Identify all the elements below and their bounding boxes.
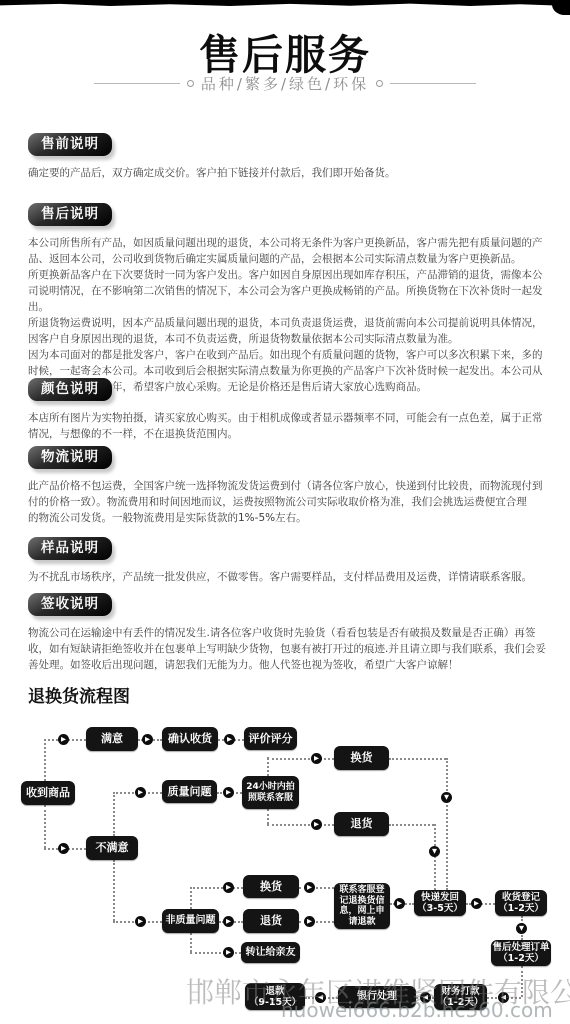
arrow-right-icon: ▶ [223, 947, 234, 958]
torn-paper-strip [0, 0, 570, 6]
section-sample: 样品说明 为不扰乱市场秩序，产品统一批发供应，不做零售。客户需要样品，支付样品费… [28, 537, 548, 585]
arrow-right-icon: ▶ [471, 898, 482, 909]
arrow-right-icon: ▶ [135, 787, 146, 798]
connector-line [190, 933, 192, 952]
section-logistics: 物流说明 此产品价格不包运费，全国客户统一选择物流发货运费到付（请各位客户放心，… [28, 446, 548, 526]
flow-node-contact-service-24h: 24小时内拍 照联系客服 [242, 776, 299, 809]
signoff-text: 物流公司在运输途中有丢件的情况发生.请各位客户收货时先验货（看看包装是否有破损及… [28, 625, 548, 673]
arrow-right-icon: ▶ [223, 882, 234, 893]
flowchart-heading: 退换货流程图 [28, 682, 130, 707]
section-aftersale: 售后说明 本公司所售所有产品，如因质量问题出现的退货，本公司将无条件为客户更换新… [28, 203, 548, 395]
arrow-right-icon: ▶ [223, 787, 234, 798]
logistics-badge: 物流说明 [28, 446, 112, 469]
color-badge: 颜色说明 [28, 378, 112, 401]
torn-paper-blob [552, 0, 570, 15]
flow-node-transfer-to-friends: 转让给亲友 [241, 942, 300, 963]
subtitle-ring-left [187, 80, 194, 87]
flow-node-return-lower: 退货 [243, 909, 299, 933]
section-signoff: 签收说明 物流公司在运输途中有丢件的情况发生.请各位客户收货时先验货（看看包装是… [28, 593, 548, 673]
subtitle-text: 品种/繁多/绿色/环保 [201, 73, 369, 94]
flow-node-satisfied: 满意 [86, 727, 138, 751]
section-color: 颜色说明 本店所有图片为实物拍摄，请买家放心购买。由于相机成像或者显示器频率不同… [28, 378, 548, 442]
after-sales-service-page: 售后服务 品种/繁多/绿色/环保 售前说明 确定要的产品后，双方确定成交价。客户… [0, 0, 570, 1024]
connector-line [113, 792, 115, 836]
connector-line [267, 758, 334, 760]
flow-node-rate-review: 评价评分 [244, 727, 297, 750]
arrow-right-icon: ▶ [58, 843, 69, 854]
flow-node-register-refund: 联系客服登 记退换货信 息，网上申 请退款 [334, 883, 390, 929]
aftersale-badge: 售后说明 [28, 203, 112, 226]
arrow-down-icon: ▼ [429, 846, 440, 857]
section-presale: 售前说明 确定要的产品后，双方确定成交价。客户拍下链接并付款后，我们即开始备货。 [28, 133, 548, 181]
subtitle-ring-right [376, 80, 383, 87]
connector-line [446, 758, 448, 890]
presale-badge: 售前说明 [28, 133, 112, 156]
aftersale-text: 本公司所售所有产品，如因质量问题出现的退货，本公司将无条件为客户更换新品，客户需… [28, 235, 548, 395]
flow-node-receipt-register: 收货登记 （1-2天） [495, 890, 547, 916]
url-watermark: nuowei666.b2b.hc360.com [281, 998, 553, 1022]
arrow-right-icon: ▶ [311, 819, 322, 830]
flow-node-received: 收到商品 [21, 781, 75, 805]
flow-node-unsatisfied: 不满意 [86, 836, 138, 860]
connector-line [190, 887, 192, 909]
presale-text: 确定要的产品后，双方确定成交价。客户拍下链接并付款后，我们即开始备货。 [28, 165, 548, 181]
flow-node-non-quality-issue: 非质量问题 [162, 909, 219, 933]
arrow-down-icon: ▼ [441, 792, 452, 803]
flow-node-exchange-upper: 换货 [334, 746, 389, 770]
sample-text: 为不扰乱市场秩序，产品统一批发供应，不做零售。客户需要样品，支付样品费用及运费，… [28, 569, 548, 585]
arrow-right-icon: ▶ [58, 734, 69, 745]
logistics-text: 此产品价格不包运费，全国客户统一选择物流发货运费到付（请各位客户放心，快递到付比… [28, 478, 548, 526]
arrow-right-icon: ▶ [223, 916, 234, 927]
connector-line [190, 887, 243, 889]
arrow-right-icon: ▶ [304, 882, 315, 893]
subtitle-line-left [94, 83, 180, 84]
subtitle-line-right [390, 83, 476, 84]
arrow-right-icon: ▶ [304, 916, 315, 927]
connector-line [434, 824, 436, 890]
arrow-right-icon: ▶ [142, 734, 153, 745]
arrow-right-icon: ▶ [224, 734, 235, 745]
flow-node-quality-issue: 质量问题 [162, 780, 217, 803]
flow-node-ship-back: 快递发回 （3-5天） [414, 890, 466, 916]
subtitle: 品种/繁多/绿色/环保 [0, 73, 570, 94]
arrow-down-icon: ▼ [516, 923, 527, 934]
connector-line [267, 809, 269, 824]
connector-line [267, 824, 334, 826]
arrow-right-icon: ▶ [394, 898, 405, 909]
flow-node-return-upper: 退货 [334, 812, 389, 836]
connector-line [113, 860, 115, 921]
color-text: 本店所有图片为实物拍摄，请买家放心购买。由于相机成像或者显示器频率不同，可能会有… [28, 410, 548, 442]
flow-node-confirm-receipt: 确认收货 [162, 727, 218, 751]
signoff-badge: 签收说明 [28, 593, 112, 616]
flow-node-exchange-lower: 换货 [243, 875, 299, 898]
connector-line [44, 805, 46, 848]
arrow-right-icon: ▶ [135, 916, 146, 927]
arrow-right-icon: ▶ [311, 753, 322, 764]
connector-line [389, 758, 446, 760]
connector-line [44, 739, 46, 781]
connector-line [389, 824, 434, 826]
sample-badge: 样品说明 [28, 537, 112, 560]
flow-node-aftersales-order: 售后处理订单 （1-2天） [491, 940, 551, 966]
